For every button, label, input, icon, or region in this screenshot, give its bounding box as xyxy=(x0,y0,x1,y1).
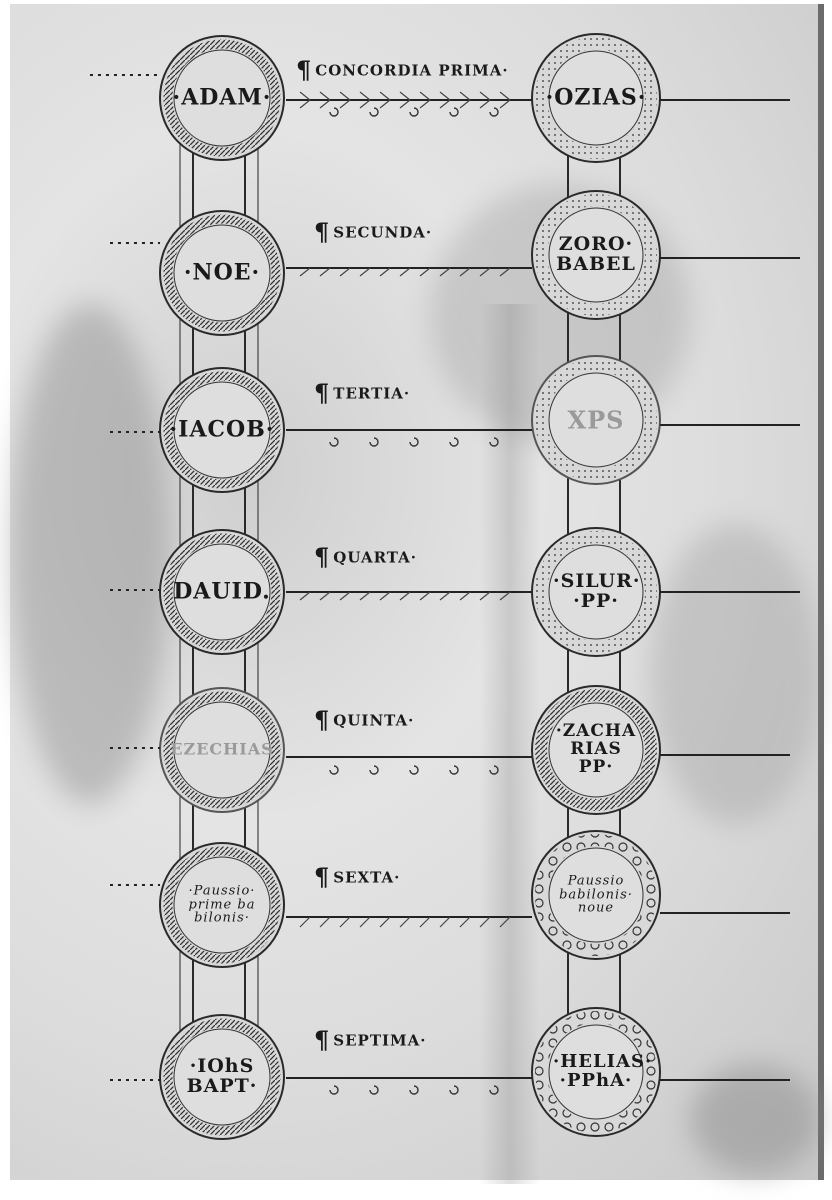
left-name-ezechias: EZECHIAS xyxy=(170,742,273,759)
pilcrow-icon: ¶ xyxy=(314,862,330,891)
left-name-passio-prime: ·Paussio· prime ba bilonis· xyxy=(182,885,262,926)
right-name-zorobabel: ZORO· BABEL xyxy=(553,235,639,275)
pilcrow-icon: ¶ xyxy=(314,705,330,734)
right-name-helias-ppha: ·HELIAS· ·PPhA· xyxy=(553,1053,639,1091)
pilcrow-icon: ¶ xyxy=(296,55,312,84)
concordance-4: ¶QUARTA· xyxy=(314,544,417,569)
left-name-noe: ·NOE· xyxy=(184,261,260,284)
pilcrow-icon: ¶ xyxy=(314,542,330,571)
concordance-3: ¶TERTIA· xyxy=(314,380,410,405)
scroll-curls xyxy=(330,108,498,1094)
pilcrow-icon: ¶ xyxy=(314,1025,330,1054)
right-name-passio-noue: Paussio babilonis· noue xyxy=(556,875,636,916)
left-name-dauid: DAUID. xyxy=(173,580,271,603)
concordance-6: ¶SEXTA· xyxy=(314,864,400,889)
concordance-1: ¶CONCORDIA PRIMA· xyxy=(296,57,509,82)
concordance-2: ¶SECUNDA· xyxy=(314,219,432,244)
right-name-zacharias-pp: ·ZACHA RIAS PP· xyxy=(553,723,639,777)
right-name-ozias: ·OZIAS· xyxy=(546,86,647,109)
pilcrow-icon: ¶ xyxy=(314,217,330,246)
left-name-adam: ·ADAM· xyxy=(173,86,272,109)
pilcrow-icon: ¶ xyxy=(314,378,330,407)
left-name-iohs-bapt: ·IOhS BAPT· xyxy=(182,1057,262,1097)
right-name-silur-pp: ·SILUR· ·PP· xyxy=(553,572,639,612)
feather-hatching xyxy=(300,92,510,927)
right-name-xps: XPS xyxy=(568,407,625,432)
concordance-7: ¶SEPTIMA· xyxy=(314,1027,426,1052)
left-name-iacob: ·IACOB· xyxy=(170,418,275,441)
concordance-diagram xyxy=(0,0,832,1200)
concordance-5: ¶QUINTA· xyxy=(314,707,414,732)
